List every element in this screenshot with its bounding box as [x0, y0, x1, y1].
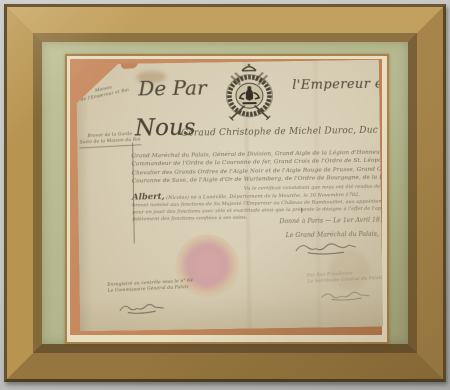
- center-mark: [301, 208, 302, 213]
- header-empereur-roi: l'Empereur et Roi: [292, 76, 383, 93]
- titles-block: Grand Maréchal du Palais, Général de Div…: [131, 149, 383, 187]
- photo-of-framed-document: { "palette": { "frame_gold": "#b79450", …: [0, 0, 450, 390]
- green-mat: Maison de l'Empereur et Roi De Par: [42, 42, 408, 344]
- registrar-signature: [118, 302, 166, 315]
- duroc-signature: [294, 240, 358, 256]
- gilt-frame-molding: Maison de l'Empereur et Roi De Par: [7, 7, 443, 379]
- gilt-frame-outer-edge: Maison de l'Empereur et Roi De Par: [4, 4, 446, 382]
- salutation-name-titles: Géraud Christophe de Michel Duroc, Duc d…: [181, 125, 383, 139]
- gilt-frame-inner-lip: Maison de l'Empereur et Roi De Par: [33, 33, 417, 353]
- header-de-par: De Par: [138, 75, 207, 100]
- signoff-title: Le Grand Maréchal du Palais,: [286, 231, 379, 239]
- parchment-document: Maison de l'Empereur et Roi De Par: [76, 60, 383, 332]
- dateline: Donné à Paris — Le 1er Avril 1813.: [279, 216, 383, 225]
- imperial-eagle-crest-icon: [218, 61, 281, 126]
- countersignature: [319, 289, 371, 302]
- recipient-name: Albert,: [132, 192, 165, 203]
